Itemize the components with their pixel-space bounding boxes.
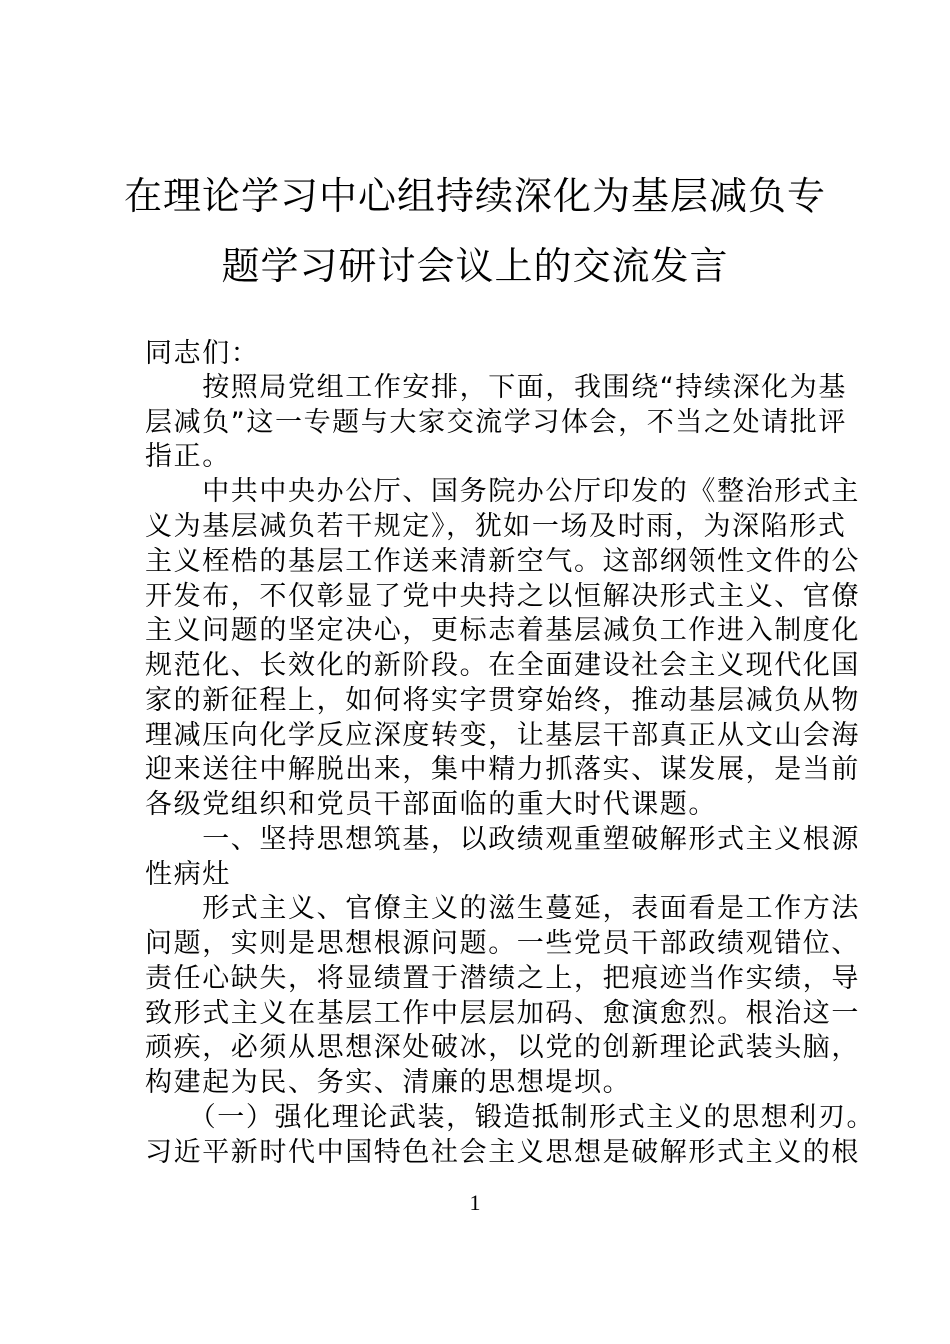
body-line: 开发布，不仅彰显了党中央持之以恒解决形式主义、官僚 [145,580,860,614]
body-line: 构建起为民、务实、清廉的思想堤坝。 [145,1066,631,1100]
body-line: 习近平新时代中国特色社会主义思想是破解形式主义的根 [145,1136,860,1170]
document-title-line-2: 题学习研讨会议上的交流发言 [0,246,950,286]
section-heading: 性病灶 [145,858,231,892]
body-line: 各级党组织和党员干部面临的重大时代课题。 [145,788,717,822]
page-number: 1 [0,1190,950,1216]
body-line: 责任心缺失，将显绩置于潜绩之上，把痕迹当作实绩，导 [145,962,860,996]
body-line: 家的新征程上，如何将实字贯穿始终，推动基层减负从物 [145,684,860,718]
body-line: 按照局党组工作安排，下面，我围绕“持续深化为基 [145,371,847,405]
body-line: 义为基层减负若干规定》，犹如一场及时雨，为深陷形式 [145,510,847,544]
body-line: 问题，实则是思想根源问题。一些党员干部政绩观错位、 [145,927,860,961]
document-page: 在理论学习中心组持续深化为基层减负专 题学习研讨会议上的交流发言 同志们： 按照… [0,0,950,1344]
body-line: 主义桎梏的基层工作送来清新空气。这部纲领性文件的公 [145,545,860,579]
body-line: 主义问题的坚定决心，更标志着基层减负工作进入制度化 [145,614,860,648]
document-title-line-1: 在理论学习中心组持续深化为基层减负专 [0,176,950,216]
body-line: 规范化、长效化的新阶段。在全面建设社会主义现代化国 [145,649,860,683]
body-line: 顽疾，必须从思想深处破冰，以党的创新理论武装头脑， [145,1031,860,1065]
subsection-heading: （一）强化理论武装，锻造抵制形式主义的思想利刃。 [145,1101,875,1135]
body-line: 致形式主义在基层工作中层层加码、愈演愈烈。根治这一 [145,997,860,1031]
body-line: 中共中央办公厅、国务院办公厅印发的《整治形式主 [145,475,860,509]
body-line: 迎来送往中解脱出来，集中精力抓落实、谋发展，是当前 [145,753,860,787]
body-line: 层减负”这一专题与大家交流学习体会，不当之处请批评 [145,406,847,440]
salutation: 同志们： [145,337,259,371]
body-line: 理减压向化学反应深度转变，让基层干部真正从文山会海 [145,719,860,753]
section-heading: 一、坚持思想筑基，以政绩观重塑破解形式主义根源 [145,823,860,857]
body-line: 指正。 [145,440,231,474]
body-line: 形式主义、官僚主义的滋生蔓延，表面看是工作方法 [145,892,860,926]
